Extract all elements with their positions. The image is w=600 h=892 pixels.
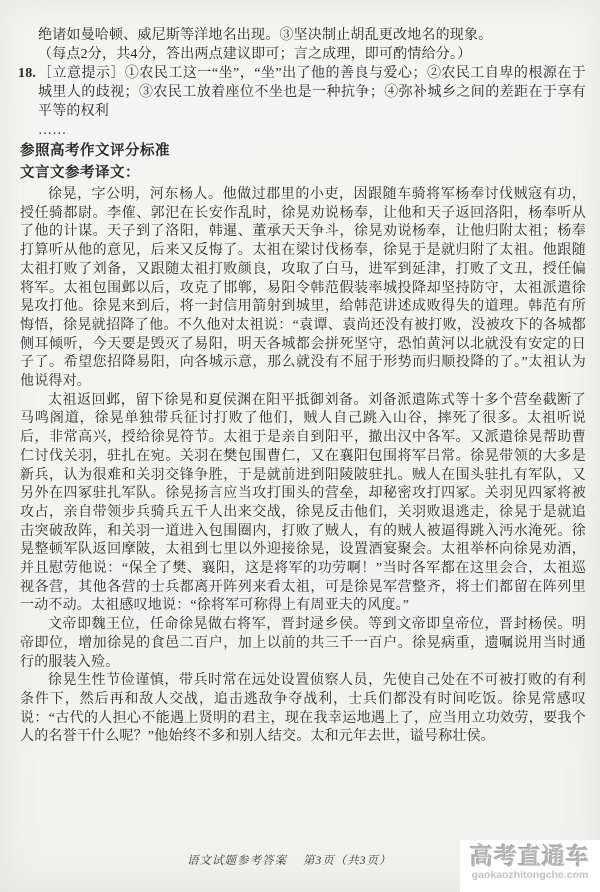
translation-paragraph: 太祖返回邺，留下徐晃和夏侯渊在阳平抵御刘备。刘备派遣陈式等十多个营垒截断了马鸣阁… — [20, 392, 586, 616]
page-content: 绝诸如曼哈顿、威尼斯等洋地名出现。③坚决制止胡乱更改地名的现象。 （每点2分，共… — [20, 26, 586, 747]
translation-paragraph: 徐晃，字公明，河东杨人。他做过郡里的小吏，因跟随车骑将军杨奉讨伐贼寇有功，授任骑… — [20, 186, 586, 392]
footer-page-number: 第3页（共3页） — [303, 855, 392, 867]
translation-paragraph: 文帝即魏王位，任命徐晃做右将军，晋封逯乡侯。等到文帝即皇帝位，晋封杨侯。明帝即位… — [20, 616, 586, 672]
answer-scoring-note: （每点2分，共4分，答出两点建议即可；言之成理，即可酌情给分。） — [20, 45, 586, 64]
footer-doc-title: 语文试题参考答案 — [187, 855, 287, 867]
watermark-site: gaokaozhitongche.com — [460, 869, 600, 881]
watermark-brand: 高考直通车 — [460, 843, 600, 869]
answer-item-18: 18. ［立意提示］①农民工这一“坐”，“坐”出了他的善良与爱心；②农民工自卑的… — [20, 64, 586, 140]
answer-item-18-text: ［立意提示］①农民工这一“坐”，“坐”出了他的善良与爱心；②农民工自卑的根源在于… — [38, 64, 586, 121]
translation-paragraph: 徐晃生性节俭谨慎，带兵时常在远处设置侦察人员，先使自己处在不可被打败的有利条件下… — [20, 672, 586, 747]
answer-continuation-line: 绝诸如曼哈顿、威尼斯等洋地名出现。③坚决制止胡乱更改地名的现象。 — [20, 26, 586, 45]
classical-translation: 徐晃，字公明，河东杨人。他做过郡里的小吏，因跟随车骑将军杨奉讨伐贼寇有功，授任骑… — [20, 186, 586, 747]
scanned-answer-page: 绝诸如曼哈顿、威尼斯等洋地名出现。③坚决制止胡乱更改地名的现象。 （每点2分，共… — [0, 0, 600, 892]
page-footer: 语文试题参考答案第3页（共3页） — [187, 852, 392, 868]
answer-item-18-ellipsis: …… — [38, 121, 586, 140]
watermark-box: 高考直通车 gaokaozhitongche.com — [460, 840, 600, 892]
translation-heading: 文言文参考译文： — [20, 163, 586, 184]
question-number: 18. — [18, 64, 36, 83]
grading-standard-heading: 参照高考作文评分标准 — [20, 141, 586, 162]
